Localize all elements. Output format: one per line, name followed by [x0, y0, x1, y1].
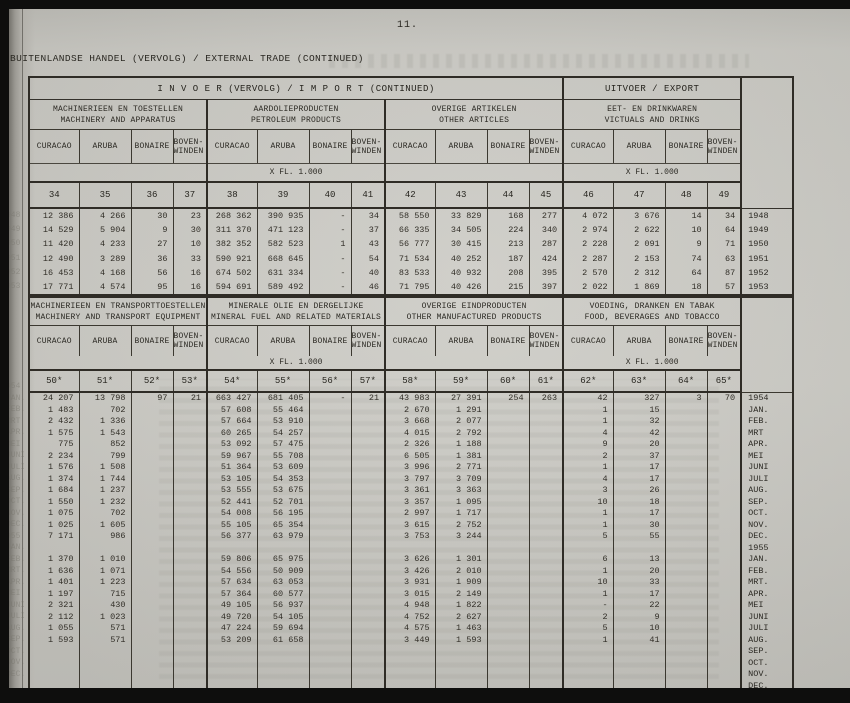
data-cell	[487, 531, 529, 543]
data-cell: 1 374	[29, 474, 79, 486]
data-cell	[173, 589, 207, 601]
column-number: 49	[707, 182, 741, 208]
data-cell	[487, 508, 529, 520]
period-label: JULI	[741, 474, 793, 486]
column-number: 58*	[385, 370, 435, 392]
data-cell	[351, 508, 385, 520]
data-cell: 594 691	[207, 280, 257, 295]
monthly-data-row: 2 432 1 336 57 664 53 910 3 668 2 077 1 …	[29, 416, 793, 428]
data-cell: 2 627	[435, 612, 487, 624]
data-cell: 65 354	[257, 520, 309, 532]
data-cell: 4 266	[79, 208, 131, 223]
data-cell	[665, 428, 707, 440]
data-cell: 1 336	[79, 416, 131, 428]
data-cell: 2 153	[613, 252, 665, 266]
monthly-data-row: 1 636 1 071 54 556 50 909 3 426 2 010 1 …	[29, 566, 793, 578]
edge-period-label: MRT	[9, 416, 24, 428]
data-cell: 3 289	[79, 252, 131, 266]
period-label: JULI	[741, 623, 793, 635]
data-cell: 57 608	[207, 405, 257, 417]
data-cell	[79, 681, 131, 689]
data-cell	[173, 646, 207, 658]
data-cell	[435, 646, 487, 658]
edge-period-label: MEI	[9, 588, 24, 600]
data-cell: 46	[351, 280, 385, 295]
data-cell: 40 252	[435, 252, 487, 266]
scanned-paper-sheet: 11. BUITENLANDSE HANDEL (VERVOLG) / EXTE…	[9, 9, 850, 688]
data-cell	[131, 612, 173, 624]
column-number: 59*	[435, 370, 487, 392]
data-cell	[173, 462, 207, 474]
data-cell	[131, 577, 173, 589]
data-cell	[309, 508, 351, 520]
year-label: 1951	[741, 252, 793, 266]
data-cell: 63 979	[257, 531, 309, 543]
period-label: SEP.	[741, 497, 793, 509]
data-cell: 53 675	[257, 485, 309, 497]
monthly-data-row: DEC.	[29, 681, 793, 689]
data-cell	[173, 416, 207, 428]
data-cell: 13 798	[79, 392, 131, 405]
annual-data-row: 16 453 4 168 56 16 674 502 631 334 - 40 …	[29, 266, 793, 280]
data-cell: 702	[79, 405, 131, 417]
data-cell: 54	[351, 252, 385, 266]
island-header: ARUBA	[257, 326, 309, 357]
monthly-data-row: 1 055 571 47 224 59 694 4 575 1 463 5 10	[29, 623, 793, 635]
data-cell: 56 777	[385, 237, 435, 251]
edge-period-label: JUNI	[9, 450, 24, 462]
data-cell	[173, 451, 207, 463]
edge-period-label: MRT.	[9, 565, 24, 577]
data-cell: 71	[707, 237, 741, 251]
data-cell: 3 615	[385, 520, 435, 532]
data-cell: 49 720	[207, 612, 257, 624]
data-cell	[563, 543, 613, 555]
data-cell: 1 232	[79, 497, 131, 509]
data-cell: 1 744	[79, 474, 131, 486]
data-cell: 3 244	[435, 531, 487, 543]
label-column-spacer	[741, 77, 793, 208]
data-cell: 1 605	[79, 520, 131, 532]
data-cell	[529, 577, 563, 589]
data-cell	[131, 646, 173, 658]
data-cell: 53 105	[207, 474, 257, 486]
period-label: OCT.	[741, 658, 793, 670]
data-cell: 2 326	[385, 439, 435, 451]
data-cell	[665, 635, 707, 647]
edge-period-label: AUG.	[9, 623, 24, 635]
annual-data-body: 12 386 4 266 30 23 268 362 390 935 - 34 …	[29, 208, 793, 295]
data-cell	[487, 681, 529, 689]
data-cell: 53 092	[207, 439, 257, 451]
data-cell: 268 362	[207, 208, 257, 223]
data-cell: 71 795	[385, 280, 435, 295]
data-cell	[529, 497, 563, 509]
data-cell	[385, 646, 435, 658]
data-cell: 799	[79, 451, 131, 463]
data-cell: 1 684	[29, 485, 79, 497]
data-cell	[529, 462, 563, 474]
data-cell: 3 449	[385, 635, 435, 647]
island-header: BOVEN-WINDEN	[351, 130, 385, 164]
island-header: BONAIRE	[131, 130, 173, 164]
data-cell: 14 529	[29, 223, 79, 237]
data-cell	[707, 681, 741, 689]
group-food-beverages-tobacco: VOEDING, DRANKEN EN TABAKFOOD, BEVERAGES…	[563, 297, 741, 326]
data-cell: 1 717	[435, 508, 487, 520]
data-cell: 10	[563, 577, 613, 589]
data-cell	[309, 520, 351, 532]
data-cell	[131, 635, 173, 647]
edge-period-label: NOV.	[9, 657, 24, 669]
data-cell	[351, 416, 385, 428]
data-cell	[707, 669, 741, 681]
group-other-articles: OVERIGE ARTIKELENOTHER ARTICLES	[385, 100, 563, 130]
data-cell	[529, 623, 563, 635]
data-cell: 53 910	[257, 416, 309, 428]
monthly-data-row: NOV.	[29, 669, 793, 681]
data-cell: 215	[487, 280, 529, 295]
edge-period-label: SEP.	[9, 485, 24, 497]
data-cell: 83 533	[385, 266, 435, 280]
data-cell: 395	[529, 266, 563, 280]
island-header: BONAIRE	[665, 326, 707, 357]
data-cell	[173, 635, 207, 647]
data-cell	[257, 681, 309, 689]
island-header-row: CURACAO ARUBA BONAIRE BOVEN-WINDEN CURAC…	[29, 326, 793, 357]
period-label: MRT.	[741, 577, 793, 589]
period-label: AUG.	[741, 485, 793, 497]
data-cell: 1 381	[435, 451, 487, 463]
edge-period-label: NOV.	[9, 508, 24, 520]
data-cell	[173, 612, 207, 624]
data-cell	[173, 485, 207, 497]
period-label: FEB.	[741, 416, 793, 428]
data-cell	[351, 600, 385, 612]
data-cell	[529, 554, 563, 566]
data-cell	[665, 589, 707, 601]
data-cell: 18	[613, 497, 665, 509]
data-cell: 2 752	[435, 520, 487, 532]
data-cell	[487, 520, 529, 532]
column-number: 40	[309, 182, 351, 208]
data-cell: 37	[351, 223, 385, 237]
edge-year-label: 953	[9, 280, 24, 294]
data-cell: 3 753	[385, 531, 435, 543]
data-cell: 40	[351, 266, 385, 280]
data-cell: 3 626	[385, 554, 435, 566]
column-number: 43	[435, 182, 487, 208]
edge-year-label: 950	[9, 237, 24, 251]
data-cell	[207, 669, 257, 681]
data-cell	[173, 508, 207, 520]
data-cell: 23	[173, 208, 207, 223]
data-cell: 43 983	[385, 392, 435, 405]
column-number: 46	[563, 182, 613, 208]
data-cell: 60 265	[207, 428, 257, 440]
data-cell	[309, 600, 351, 612]
data-cell	[487, 451, 529, 463]
data-cell: 5	[563, 623, 613, 635]
edge-year-label: 951	[9, 252, 24, 266]
data-cell: 16	[173, 280, 207, 295]
data-cell	[351, 474, 385, 486]
edge-period-label: 955	[9, 531, 24, 543]
data-cell	[131, 554, 173, 566]
period-label: JAN.	[741, 405, 793, 417]
edge-year-label: 949	[9, 223, 24, 237]
unit-note-cell: X FL. 1.000	[563, 356, 741, 370]
unit-note-cell	[29, 356, 207, 370]
island-header: CURACAO	[563, 130, 613, 164]
data-cell: 2 287	[563, 252, 613, 266]
data-cell: 1	[563, 508, 613, 520]
page-number: 11.	[397, 20, 418, 31]
data-cell: 715	[79, 589, 131, 601]
data-cell	[309, 497, 351, 509]
data-cell	[309, 439, 351, 451]
data-cell: 40 426	[435, 280, 487, 295]
island-header: CURACAO	[29, 130, 79, 164]
data-cell: 3 357	[385, 497, 435, 509]
column-number: 63*	[613, 370, 665, 392]
data-cell	[665, 531, 707, 543]
edge-period-label: DEC.	[9, 519, 24, 531]
data-cell: 9	[563, 439, 613, 451]
edge-period-label: OCT.	[9, 496, 24, 508]
island-header: ARUBA	[435, 326, 487, 357]
data-cell	[707, 474, 741, 486]
data-cell: 631 334	[257, 266, 309, 280]
edge-period-label: DEC.	[9, 669, 24, 681]
data-cell	[435, 669, 487, 681]
data-cell	[351, 566, 385, 578]
data-cell	[309, 416, 351, 428]
data-cell: 26	[613, 485, 665, 497]
data-cell: 55 105	[207, 520, 257, 532]
island-header: BOVEN-WINDEN	[529, 130, 563, 164]
island-header: CURACAO	[385, 326, 435, 357]
data-cell	[435, 681, 487, 689]
data-cell: 59 967	[207, 451, 257, 463]
edge-period-label: JAN.	[9, 393, 24, 405]
data-cell: 775	[29, 439, 79, 451]
column-number: 64*	[665, 370, 707, 392]
data-cell: 14	[665, 208, 707, 223]
data-cell: 30	[131, 208, 173, 223]
data-cell: 6 505	[385, 451, 435, 463]
data-cell: 2 771	[435, 462, 487, 474]
year-label: 1953	[741, 280, 793, 295]
data-cell: -	[309, 280, 351, 295]
data-cell: 1 483	[29, 405, 79, 417]
island-header: CURACAO	[207, 130, 257, 164]
data-cell: 674 502	[207, 266, 257, 280]
data-cell: 589 492	[257, 280, 309, 295]
data-cell	[665, 416, 707, 428]
island-header: BONAIRE	[487, 326, 529, 357]
data-cell: 56 377	[207, 531, 257, 543]
group-victuals-drinks: EET- EN DRINKWARENVICTUALS AND DRINKS	[563, 100, 741, 130]
column-number: 36	[131, 182, 173, 208]
period-label: DEC.	[741, 531, 793, 543]
data-cell	[309, 658, 351, 670]
data-cell	[529, 600, 563, 612]
data-cell: 43	[351, 237, 385, 251]
data-cell: 2 112	[29, 612, 79, 624]
data-cell: 12 490	[29, 252, 79, 266]
data-cell: 2 570	[563, 266, 613, 280]
data-cell	[309, 531, 351, 543]
data-cell: 187	[487, 252, 529, 266]
data-cell	[707, 508, 741, 520]
data-cell: 668 645	[257, 252, 309, 266]
data-cell: 20	[613, 439, 665, 451]
page-title: BUITENLANDSE HANDEL (VERVOLG) / EXTERNAL…	[10, 53, 364, 64]
data-cell: 12 386	[29, 208, 79, 223]
data-cell	[613, 669, 665, 681]
data-cell	[487, 405, 529, 417]
data-cell	[487, 669, 529, 681]
data-cell: 1 593	[29, 635, 79, 647]
data-cell: 66 335	[385, 223, 435, 237]
data-cell: 97	[131, 392, 173, 405]
data-cell: 64	[665, 266, 707, 280]
data-cell: 59 806	[207, 554, 257, 566]
data-cell	[665, 669, 707, 681]
data-cell: 1 636	[29, 566, 79, 578]
data-cell	[529, 474, 563, 486]
data-cell: 1 576	[29, 462, 79, 474]
data-cell: 702	[79, 508, 131, 520]
data-cell: 3 676	[613, 208, 665, 223]
data-cell: -	[309, 252, 351, 266]
period-label: SEP.	[741, 646, 793, 658]
data-cell	[435, 658, 487, 670]
data-cell	[707, 623, 741, 635]
period-label: JUNI	[741, 612, 793, 624]
monthly-data-row: 1 593 571 53 209 61 658 3 449 1 593 1 41	[29, 635, 793, 647]
data-cell	[529, 543, 563, 555]
data-cell: 213	[487, 237, 529, 251]
data-cell	[707, 497, 741, 509]
monthly-data-row: 2 321 430 49 105 56 937 4 948 1 822 - 22	[29, 600, 793, 612]
data-cell	[173, 554, 207, 566]
data-cell: 340	[529, 223, 563, 237]
data-cell	[173, 439, 207, 451]
data-cell	[487, 577, 529, 589]
data-cell: 1	[563, 416, 613, 428]
period-label: MEI	[741, 600, 793, 612]
data-cell: 1 025	[29, 520, 79, 532]
data-cell	[563, 646, 613, 658]
data-cell: 1 095	[435, 497, 487, 509]
data-cell	[529, 635, 563, 647]
group-machinery-apparatus: MACHINERIEEN EN TOESTELLENMACHINERY AND …	[29, 100, 207, 130]
data-cell	[529, 405, 563, 417]
data-cell	[173, 681, 207, 689]
data-cell: 2 670	[385, 405, 435, 417]
year-label: 1952	[741, 266, 793, 280]
trade-table-annual: I N V O E R (VERVOLG) / I M P O R T (CON…	[28, 76, 794, 296]
data-cell	[257, 669, 309, 681]
monthly-data-row: 1 197 715 57 364 60 577 3 015 2 149 1 17	[29, 589, 793, 601]
data-cell: 4 575	[385, 623, 435, 635]
data-cell	[173, 474, 207, 486]
data-cell: 56 937	[257, 600, 309, 612]
data-cell: 63 053	[257, 577, 309, 589]
column-number: 35	[79, 182, 131, 208]
data-cell	[309, 612, 351, 624]
data-cell	[131, 451, 173, 463]
data-cell	[173, 669, 207, 681]
data-cell	[29, 658, 79, 670]
data-cell	[351, 497, 385, 509]
data-cell	[487, 566, 529, 578]
data-cell	[707, 405, 741, 417]
data-cell: -	[309, 266, 351, 280]
monthly-data-row: OCT.	[29, 658, 793, 670]
data-cell: 1 508	[79, 462, 131, 474]
data-cell	[435, 543, 487, 555]
monthly-data-row: 1 550 1 232 52 441 52 701 3 357 1 095 10…	[29, 497, 793, 509]
period-label: 1954	[741, 392, 793, 405]
data-cell	[665, 520, 707, 532]
data-cell	[173, 497, 207, 509]
data-cell	[173, 531, 207, 543]
data-cell	[351, 635, 385, 647]
island-header: ARUBA	[613, 326, 665, 357]
edge-year-label: 952	[9, 266, 24, 280]
data-cell: 1 909	[435, 577, 487, 589]
period-label: OCT.	[741, 508, 793, 520]
data-cell: 2 321	[29, 600, 79, 612]
data-cell	[173, 520, 207, 532]
year-label: 1948	[741, 208, 793, 223]
data-cell	[707, 589, 741, 601]
data-cell: 4 752	[385, 612, 435, 624]
data-cell	[529, 612, 563, 624]
data-cell	[487, 600, 529, 612]
data-cell: 54 257	[257, 428, 309, 440]
edge-period-label: OCT.	[9, 646, 24, 658]
data-cell	[487, 439, 529, 451]
island-header: BOVEN-WINDEN	[173, 130, 207, 164]
data-cell: 27 391	[435, 392, 487, 405]
data-cell	[385, 669, 435, 681]
column-number: 41	[351, 182, 385, 208]
data-cell	[309, 462, 351, 474]
data-cell	[257, 646, 309, 658]
data-cell: 430	[79, 600, 131, 612]
data-cell: 1	[563, 566, 613, 578]
data-cell: 3 668	[385, 416, 435, 428]
monthly-data-row: 1 374 1 744 53 105 54 353 3 797 3 709 4 …	[29, 474, 793, 486]
data-cell	[131, 669, 173, 681]
data-cell: 571	[79, 623, 131, 635]
island-header: CURACAO	[563, 326, 613, 357]
data-cell: 10	[563, 497, 613, 509]
data-cell: 1 301	[435, 554, 487, 566]
data-cell	[351, 405, 385, 417]
data-cell	[351, 612, 385, 624]
data-cell: 3 709	[435, 474, 487, 486]
data-cell: 1 071	[79, 566, 131, 578]
data-cell	[665, 485, 707, 497]
data-cell: 3 996	[385, 462, 435, 474]
edge-period-label: JAN.	[9, 542, 24, 554]
column-number: 65*	[707, 370, 741, 392]
